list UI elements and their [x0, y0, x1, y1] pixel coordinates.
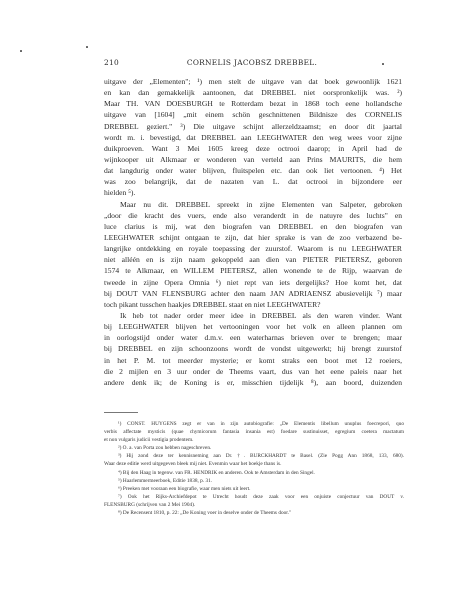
running-header: 210 CORNELIS JACOBSZ DREBBEL.: [104, 58, 400, 70]
footnote-line: ⁴) Bij den Haag in tegenw. van FR. HENDR…: [104, 469, 404, 477]
text-line: luce clarius is mij, wat den biografen v…: [104, 221, 402, 232]
text-line: andere denk ik; de Koning is er, misschi…: [104, 377, 402, 388]
text-line: Maar TH. VAN DOESBURGH te Rotterdam beza…: [104, 98, 402, 109]
running-title: CORNELIS JACOBSZ DREBBEL.: [104, 58, 400, 67]
scan-speck: [86, 46, 88, 48]
footnote-line: FLENSBURG (schrijven van 2 Mei 1904).: [104, 501, 404, 509]
footnote-line: ⁶) Preeken met vooraan een biografie, wa…: [104, 485, 404, 493]
text-line: LEEGHWATER schijnt ontgaan te zijn, dat …: [104, 232, 402, 243]
footnote-line: ⁷) Ook het Rijks-Archiefdepot te Utrecht…: [104, 493, 404, 501]
text-line: bij DREBBEL en zijn schoonzoons wordt de…: [104, 343, 402, 354]
main-text: uitgave der „Elementen"; ¹) men stelt de…: [104, 76, 402, 388]
footnote-line: verbis affectate mysticis (quae chymicor…: [104, 428, 404, 436]
text-line: in oorlogstijd onder water d.m.v. een wa…: [104, 332, 402, 343]
text-line: „door die kracht des vuers, ende also ve…: [104, 210, 402, 221]
text-line: bij LEEGHWATER blijven het vertooningen …: [104, 321, 402, 332]
text-line: uitgave van [1604] „mit einem schön gesc…: [104, 109, 402, 120]
text-line: Maar nu dit. DREBBEL spreekt in zijne El…: [104, 199, 402, 210]
text-line: DREBBEL geziert." ³) Die uitgave schijnt…: [104, 121, 402, 132]
footnote-line: ²) O. a. van Porta zou hebben nageschrev…: [104, 444, 404, 452]
text-line: hielden ⁵).: [104, 187, 402, 198]
footnote-line: ⁸) De Recensent 1810, p. 22: „De Koning …: [104, 509, 404, 517]
text-line: bij DOUT VAN FLENSBURG achter den naam J…: [104, 288, 402, 299]
footnote-line: ⁵) Haarlemmermeerboek, Editie 1838, p. 3…: [104, 477, 404, 485]
text-line: wordt m. i. bevestigd, dat DREBBEL aan L…: [104, 132, 402, 143]
footnote-line: et non vulgaris judicii vestigia prodent…: [104, 436, 404, 444]
text-line: die 2 mijlen en 3 uur onder de Theems va…: [104, 366, 402, 377]
scan-speck: [20, 50, 22, 52]
text-line: niet alléén en is zijn naam gekoppeld aa…: [104, 254, 402, 265]
scanned-book-page: 210 CORNELIS JACOBSZ DREBBEL. uitgave de…: [0, 0, 472, 599]
footnote-line: ³) Hij zond deze ter kennisneming aan Dr…: [104, 452, 404, 460]
text-line: tweede in zijne Opera Omnia ⁶) niet rept…: [104, 277, 402, 288]
text-line: in het P. M. tot meerder mysterie; er ko…: [104, 355, 402, 366]
text-line: 1574 te Alkmaar, en WILLEM PIETERSZ, all…: [104, 265, 402, 276]
text-line: wijnkooper uit Alkmaar er wonderen van v…: [104, 154, 402, 165]
footnote-line: ¹) CONST. HUYGENS zegt er van in zijn au…: [104, 420, 404, 428]
text-line: en kan dan gemakkelijk aantoonen, dat DR…: [104, 87, 402, 98]
text-line: dat langdurig onder water blijven, fluit…: [104, 165, 402, 176]
text-line: duikproeven. Want 3 Mei 1605 kreeg deze …: [104, 143, 402, 154]
footnote-separator: [104, 412, 138, 413]
footnotes: ¹) CONST. HUYGENS zegt er van in zijn au…: [104, 420, 404, 517]
text-line: toch pikant tusschen haakjes DREBBEL sta…: [104, 299, 402, 310]
text-line: was zoo belangrijk, dat de nazaten van L…: [104, 176, 402, 187]
text-line: uitgave der „Elementen"; ¹) men stelt de…: [104, 76, 402, 87]
text-line: langrijke ontdekking en royale toepassin…: [104, 243, 402, 254]
text-line: Ik heb tot nader order meer idee in DREB…: [104, 310, 402, 321]
footnote-line: Waar deze editie werd uitgegeven bleek m…: [104, 460, 404, 468]
